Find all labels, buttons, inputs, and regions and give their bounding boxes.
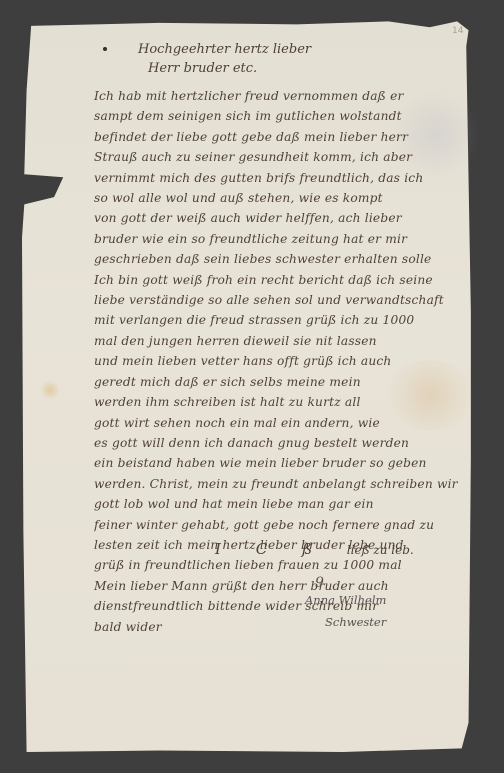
- salutation: Hochgeehrter hertz lieber Herr bruder et…: [138, 40, 311, 78]
- text-line: grüß in freundtlichen lieben frauen zu 1…: [94, 555, 469, 575]
- text-line: geschrieben daß sein liebes schwester er…: [94, 249, 469, 269]
- text-line: gott wirt sehen noch ein mal ein andern,…: [94, 413, 469, 433]
- folio-number: 14: [452, 26, 463, 36]
- text-line: befindet der liebe gott gebe daß mein li…: [94, 127, 469, 147]
- text-line: mal den jungen herren dieweil sie nit la…: [94, 331, 469, 351]
- ink-dot: [103, 47, 107, 51]
- text-line: bald wider: [94, 617, 469, 637]
- text-line: Strauß auch zu seiner gesundheit komm, i…: [94, 147, 469, 167]
- text-line: Ich hab mit hertzlicher freud vernommen …: [94, 86, 469, 106]
- text-line: vernimmt mich des gutten brifs freundtli…: [94, 168, 469, 188]
- text-line: werden ihm schreiben ist halt zu kurtz a…: [94, 392, 469, 412]
- signature-title: Schwester: [305, 611, 386, 633]
- signature-mark: 9: [305, 577, 386, 589]
- text-line: feiner winter gehabt, gott gebe noch fer…: [94, 515, 469, 535]
- text-line: werden. Christ, mein zu freundt anbelang…: [94, 474, 469, 494]
- text-line: und mein lieben vetter hans offt grüß ic…: [94, 351, 469, 371]
- text-line: Mein lieber Mann grüßt den herr bruder a…: [94, 576, 469, 596]
- text-line: dienstfreundtlich bittende wider schreib…: [94, 596, 469, 616]
- text-line: gott lob wol und hat mein liebe man gar …: [94, 494, 469, 514]
- text-line: von gott der weiß auch wider helffen, ac…: [94, 208, 469, 228]
- closing-glyph: I: [215, 540, 221, 558]
- text-line: sampt dem seinigen sich im gutlichen wol…: [94, 106, 469, 126]
- text-line: liebe verständige so alle sehen sol und …: [94, 290, 469, 310]
- text-line: bruder wie ein so freundtliche zeitung h…: [94, 229, 469, 249]
- text-line: ein beistand haben wie mein lieber brude…: [94, 453, 469, 473]
- closing-formula: I C ß ließ zu leb.: [215, 540, 444, 558]
- text-line: es gott will denn ich danach gnug bestel…: [94, 433, 469, 453]
- salutation-line: Hochgeehrter hertz lieber: [138, 40, 311, 59]
- closing-text: ließ zu leb.: [347, 543, 414, 557]
- text-line: Ich bin gott weiß froh ein recht bericht…: [94, 270, 469, 290]
- text-line: mit verlangen die freud strassen grüß ic…: [94, 310, 469, 330]
- signature-name: Anna Wilhelm: [305, 589, 386, 611]
- signature: 9 Anna Wilhelm Schwester: [305, 577, 386, 633]
- text-line: so wol alle wol und auß stehen, wie es k…: [94, 188, 469, 208]
- salutation-line: Herr bruder etc.: [138, 59, 311, 78]
- closing-glyph: C: [256, 540, 267, 558]
- closing-glyph: ß: [302, 540, 312, 558]
- text-line: geredt mich daß er sich selbs meine mein: [94, 372, 469, 392]
